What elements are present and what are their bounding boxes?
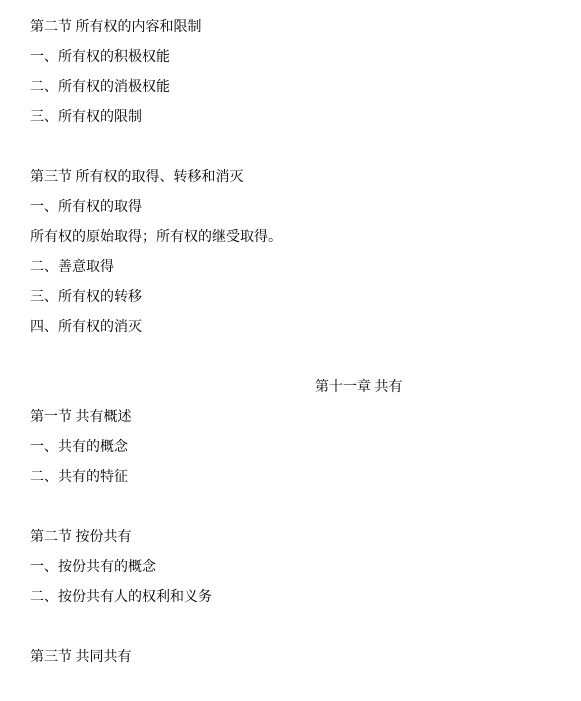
outline-item: 二、共有的特征 <box>30 463 561 493</box>
outline-item: 二、所有权的消极权能 <box>30 73 561 103</box>
outline-item: 三、所有权的限制 <box>30 103 561 133</box>
chapter-heading: 第十一章 共有 <box>315 373 561 403</box>
outline-item: 一、共有的概念 <box>30 433 561 463</box>
outline-item: 一、按份共有的概念 <box>30 553 561 583</box>
outline-item: 三、所有权的转移 <box>30 283 561 313</box>
outline-item: 二、按份共有人的权利和义务 <box>30 583 561 613</box>
outline-item: 一、所有权的积极权能 <box>30 43 561 73</box>
outline-item: 一、所有权的取得 <box>30 193 561 223</box>
section-heading: 第一节 共有概述 <box>30 403 561 433</box>
section-heading: 第二节 按份共有 <box>30 523 561 553</box>
outline-item: 四、所有权的消灭 <box>30 313 561 343</box>
section-heading: 第二节 所有权的内容和限制 <box>30 13 561 43</box>
section-heading: 第三节 所有权的取得、转移和消灭 <box>30 163 561 193</box>
outline-item: 二、善意取得 <box>30 253 561 283</box>
body-text: 所有权的原始取得；所有权的继受取得。 <box>30 223 561 253</box>
section-heading: 第三节 共同共有 <box>30 643 561 673</box>
document-page: 第二节 所有权的内容和限制 一、所有权的积极权能 二、所有权的消极权能 三、所有… <box>0 0 581 701</box>
